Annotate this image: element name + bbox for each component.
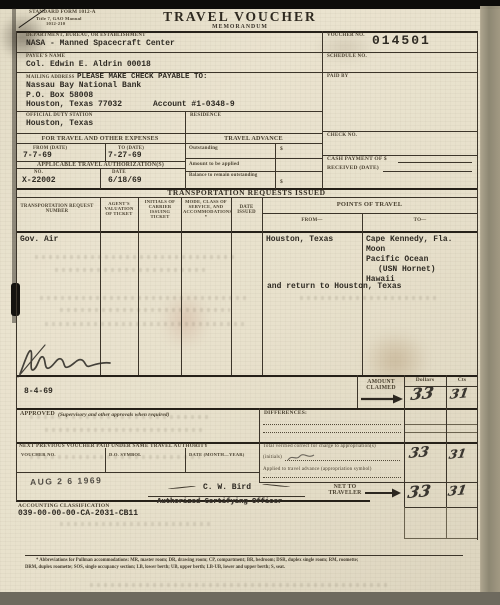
account-number: Account #1-0348-9 [153,101,235,110]
rule [105,448,106,472]
approved-note: (Supervisory and other approvals when re… [58,412,169,418]
schedule-no-label: SCHEDULE NO. [327,54,367,60]
duty-station-label: OFFICIAL DUTY STATION [26,113,93,119]
dotted-rule [263,477,401,478]
rule [16,133,322,134]
bleedthrough-mark [35,255,235,259]
footnote-line1: * Abbreviations for Pullman accommodatio… [36,558,358,563]
check-no-label: CHECK NO. [327,133,357,139]
arrow-right-icon [359,394,403,404]
rule [446,375,447,507]
advance-applied-label: Amount to be applied [189,162,239,168]
received-date-label: RECEIVED (DATE) [327,165,379,171]
duty-station-value: Houston, Texas [26,120,93,129]
col-agents-valuation: AGENT'S VALUATION OF TICKET [101,201,137,216]
department-value: NASA - Manned Spacecraft Center [26,40,175,49]
initials-label: (initials) [263,455,282,461]
bleedthrough-mark [45,322,245,326]
from-date-value: 7-7-69 [23,152,52,161]
travel-voucher-document: STANDARD FORM 1012-A Title 7, GAO Manual… [0,0,500,605]
prev-date-label: DATE (MONTH—YEAR) [189,452,245,457]
rule [16,52,477,53]
auth-no-label: NO. [34,170,43,175]
to-date-value: 7-27-69 [108,152,142,161]
rule [275,143,276,189]
mailing-line1: Nassau Bay National Bank [26,82,141,91]
rule [446,507,447,538]
net-cts-value: 31 [447,484,468,500]
rule [404,424,477,425]
right-torn-edge [480,6,500,594]
bleedthrough-mark [90,583,390,587]
points-to-line2: Moon [366,246,385,255]
certifying-officer-name: C. W. Bird [203,484,251,493]
points-from-value: Houston, Texas [266,236,333,245]
points-to-line1: Cape Kennedy, Fla. [366,236,452,245]
bleedthrough-mark [55,268,205,272]
advance-outstanding-amount: $ [280,146,283,152]
col-initials-carrier: INITIALS OF CARRIER ISSUING TICKET [140,199,180,220]
fill-in-rule [383,171,472,172]
auth-date-value: 6/18/69 [108,177,142,186]
claimed-cts-value: 31 [449,387,470,403]
rule [404,507,477,508]
rule [185,448,186,472]
bleedthrough-mark [40,296,250,300]
bleedthrough-mark [45,428,205,432]
differences-label: DIFFERENCES: [264,410,307,416]
rule [357,375,358,408]
handwritten-signature [14,340,124,382]
total-verified-label: Total verified correct for charge to app… [263,444,401,450]
fill-in-rule [398,162,472,163]
bleedthrough-mark [300,296,440,300]
rule [322,131,477,132]
auth-no-value: X-22002 [22,177,56,186]
department-label: DEPARTMENT, BUREAU, OR ESTABLISHMENT [26,33,146,39]
rule [181,197,182,375]
rule [16,472,259,473]
points-to-line4: (USN Hornet) [378,266,436,275]
points-from-header: FROM— [262,218,362,224]
initials-scribble [286,451,320,463]
form-title: TRAVEL VOUCHER [90,9,390,24]
accounting-value: 039-00-00-00-CA-2031-CB11 [18,510,138,519]
payee-value: Col. Edwin E. Aldrin 00018 [26,61,151,70]
transportation-band-title: TRANSPORTATION REQUESTS ISSUED [16,189,477,197]
auth-date-label: DATE [112,170,126,175]
rule [185,111,186,189]
col-mode-class: MODE, CLASS OF SERVICE, AND ACCOMMODATIO… [183,199,229,220]
rule [477,31,478,540]
rule [185,158,322,159]
authorization-header: APPLICABLE TRAVEL AUTHORIZATION(S) [16,162,185,168]
rule [262,197,263,375]
return-line: and return to Houston, Texas [267,283,401,292]
verified-dollars-value: 33 [408,445,430,462]
prev-voucher-no-label: VOUCHER NO. [21,452,56,457]
rule [16,111,322,112]
residence-label: RESIDENCE [190,113,221,119]
rule [100,168,101,189]
rule [16,31,17,501]
voucher-no-value: 014501 [372,34,431,49]
form-subtitle: MEMORANDUM [90,24,390,30]
rule [404,507,405,538]
rule [138,197,139,375]
date-stamp: AUG 2 6 1969 [30,476,103,487]
footnote-line2: DRM, duplex roomette; SOS, single occupa… [25,565,285,570]
bleedthrough-mark [60,308,230,312]
rule [25,555,463,556]
points-to-line3: Pacific Ocean [366,256,428,265]
travel-advance-header: TRAVEL ADVANCE [185,136,322,143]
points-of-travel-header: POINTS OF TRAVEL [262,201,477,208]
rule [185,171,322,172]
rule [404,432,477,433]
arrow-right-icon [365,488,401,498]
net-dollars-value: 33 [406,482,432,502]
col-date-issued: DATE ISSUED [232,205,261,216]
points-to-header: TO— [363,218,477,224]
rule [16,143,322,144]
claimed-dollars-value: 33 [409,384,435,404]
signature-rule [148,496,305,497]
dotted-rule [263,424,401,425]
mailing-label: MAILING ADDRESS [26,75,74,80]
cash-payment-label: CASH PAYMENT OF $ [327,156,387,162]
rule [16,408,477,410]
rule [322,31,323,189]
payee-label: PAYEE'S NAME [26,54,65,60]
cts-header: Cts [447,377,477,383]
certifying-officer-title: Authorized Certifying Officer [157,498,282,506]
voucher-no-label: VOUCHER NO. [327,33,365,39]
rule [16,231,477,233]
travel-period-header: FOR TRAVEL AND OTHER EXPENSES [20,136,180,143]
rule [259,482,477,483]
amount-claimed-label: AMOUNT CLAIMED [359,379,403,392]
rule [231,197,232,375]
next-previous-header: NEXT PREVIOUS VOUCHER PAID UNDER SAME TR… [19,444,208,450]
rule [259,408,260,482]
approved-label: APPROVED [20,411,55,418]
col-request-number: TRANSPORTATION REQUEST NUMBER [18,204,96,215]
paid-by-label: PAID BY [327,74,348,80]
rule [105,143,106,161]
form-code: 1012-210 [46,21,65,26]
rule [262,213,477,214]
prev-do-symbol-label: D.O. SYMBOL [109,452,141,457]
rule [404,375,405,507]
applied-advance-label: Applied to travel advance (appropriation… [263,467,372,473]
dotted-rule [263,432,401,433]
request-number-value: Gov. Air [20,236,58,245]
advance-outstanding-label: Outstanding [189,146,218,152]
claim-date: 8-4-69 [24,388,53,397]
rule [362,213,363,375]
advance-balance-amount: $ [280,179,283,185]
mailing-line3: Houston, Texas 77032 [26,101,122,110]
bleedthrough-mark [60,522,210,526]
net-to-traveler-label: NET TO TRAVELER [325,484,365,497]
rule [404,538,477,539]
verified-cts-value: 31 [448,447,467,462]
advance-balance-label: Balance to remain outstanding [189,173,264,178]
dollars-header: Dollars [404,377,446,383]
